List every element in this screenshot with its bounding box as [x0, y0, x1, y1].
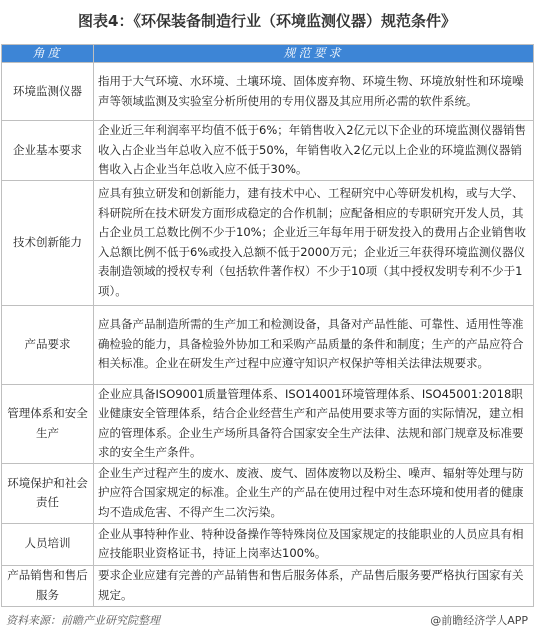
row-category: 产品要求 — [2, 305, 94, 384]
table-row: 人员培训 企业从事特种作业、特种设备操作等特殊岗位及国家规定的技能职业的人员应具… — [2, 523, 534, 565]
row-category: 环境监测仪器 — [2, 63, 94, 121]
row-category: 企业基本要求 — [2, 121, 94, 181]
row-requirement: 企业应具备ISO9001质量管理体系、ISO14001环境管理体系、ISO450… — [94, 384, 534, 463]
credit-note: @前瞻经济学人APP — [430, 612, 528, 628]
table-row: 企业基本要求 企业近三年利润率平均值不低于6%；年销售收入2亿元以下企业的环境监… — [2, 121, 534, 181]
row-requirement: 企业生产过程产生的废水、废液、废气、固体废物以及粉尘、噪声、辐射等处理与防护应符… — [94, 463, 534, 523]
table-header-row: 角度 规范要求 — [2, 45, 534, 63]
table-row: 产品销售和售后服务 要求企业应建有完善的产品销售和售后服务体系，产品售后服务要严… — [2, 565, 534, 606]
figure-title: 图表4：《环保装备制造行业（环境监测仪器）规范条件》 — [0, 10, 534, 31]
table-row: 环境保护和社会责任 企业生产过程产生的废水、废液、废气、固体废物以及粉尘、噪声、… — [2, 463, 534, 523]
row-category: 产品销售和售后服务 — [2, 565, 94, 606]
table-row: 管理体系和安全生产 企业应具备ISO9001质量管理体系、ISO14001环境管… — [2, 384, 534, 463]
row-category: 管理体系和安全生产 — [2, 384, 94, 463]
table-row: 产品要求 应具备产品制造所需的生产加工和检测设备，具备对产品性能、可靠性、适用性… — [2, 305, 534, 384]
row-requirement: 应具有独立研发和创新能力，建有技术中心、工程研究中心等研发机构，或与大学、科研院… — [94, 180, 534, 305]
row-requirement: 指用于大气环境、水环境、土壤环境、固体废弃物、环境生物、环境放射性和环境噪声等领… — [94, 63, 534, 121]
row-category: 技术创新能力 — [2, 180, 94, 305]
row-requirement: 企业从事特种作业、特种设备操作等特殊岗位及国家规定的技能职业的人员应具有相应技能… — [94, 523, 534, 565]
column-header-angle: 角度 — [2, 45, 94, 63]
column-header-requirement: 规范要求 — [94, 45, 534, 63]
row-requirement: 企业近三年利润率平均值不低于6%；年销售收入2亿元以下企业的环境监测仪器销售收入… — [94, 121, 534, 181]
table-row: 环境监测仪器 指用于大气环境、水环境、土壤环境、固体废弃物、环境生物、环境放射性… — [2, 63, 534, 121]
source-note: 资料来源：前瞻产业研究院整理 — [6, 612, 160, 628]
table-row: 技术创新能力 应具有独立研发和创新能力，建有技术中心、工程研究中心等研发机构，或… — [2, 180, 534, 305]
spec-table: 角度 规范要求 环境监测仪器 指用于大气环境、水环境、土壤环境、固体废弃物、环境… — [1, 44, 534, 607]
row-requirement: 应具备产品制造所需的生产加工和检测设备，具备对产品性能、可靠性、适用性等准确检验… — [94, 305, 534, 384]
row-category: 环境保护和社会责任 — [2, 463, 94, 523]
row-category: 人员培训 — [2, 523, 94, 565]
row-requirement: 要求企业应建有完善的产品销售和售后服务体系，产品售后服务要严格执行国家有关规定。 — [94, 565, 534, 606]
